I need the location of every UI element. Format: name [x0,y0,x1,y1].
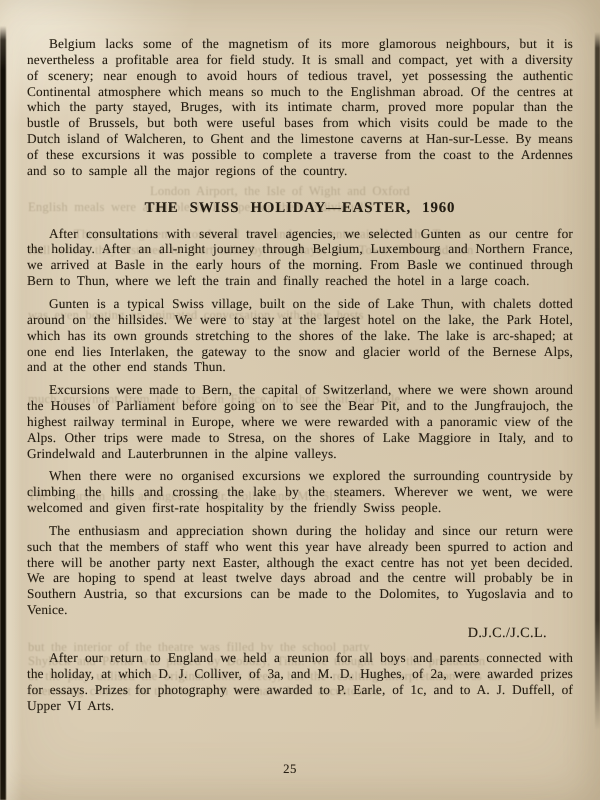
paragraph-excursions: Excursions were made to Bern, the capita… [27,382,573,461]
scan-edge-left [0,0,6,800]
paragraph-enthusiasm: The enthusiasm and appreciation shown du… [27,523,573,618]
paragraph-reunion: After our return to England we held a re… [27,650,573,713]
scan-edge-right [595,0,600,800]
paragraph-journey: After consultations with several travel … [27,226,573,289]
author-initials: D.J.C./J.C.L. [27,625,547,642]
paragraph-countryside: When there were no organised excursions … [27,468,573,516]
article-heading: THE SWISS HOLIDAY—EASTER, 1960 [27,199,573,217]
scanned-page: London Airport, the Isle of Wight and Ox… [0,0,600,800]
article-body: Belgium lacks some of the magnetism of i… [27,36,573,720]
page-number: 25 [0,762,580,777]
paragraph-gunten: Gunten is a typical Swiss village, built… [27,296,573,375]
paragraph-belgium: Belgium lacks some of the magnetism of i… [27,36,573,179]
